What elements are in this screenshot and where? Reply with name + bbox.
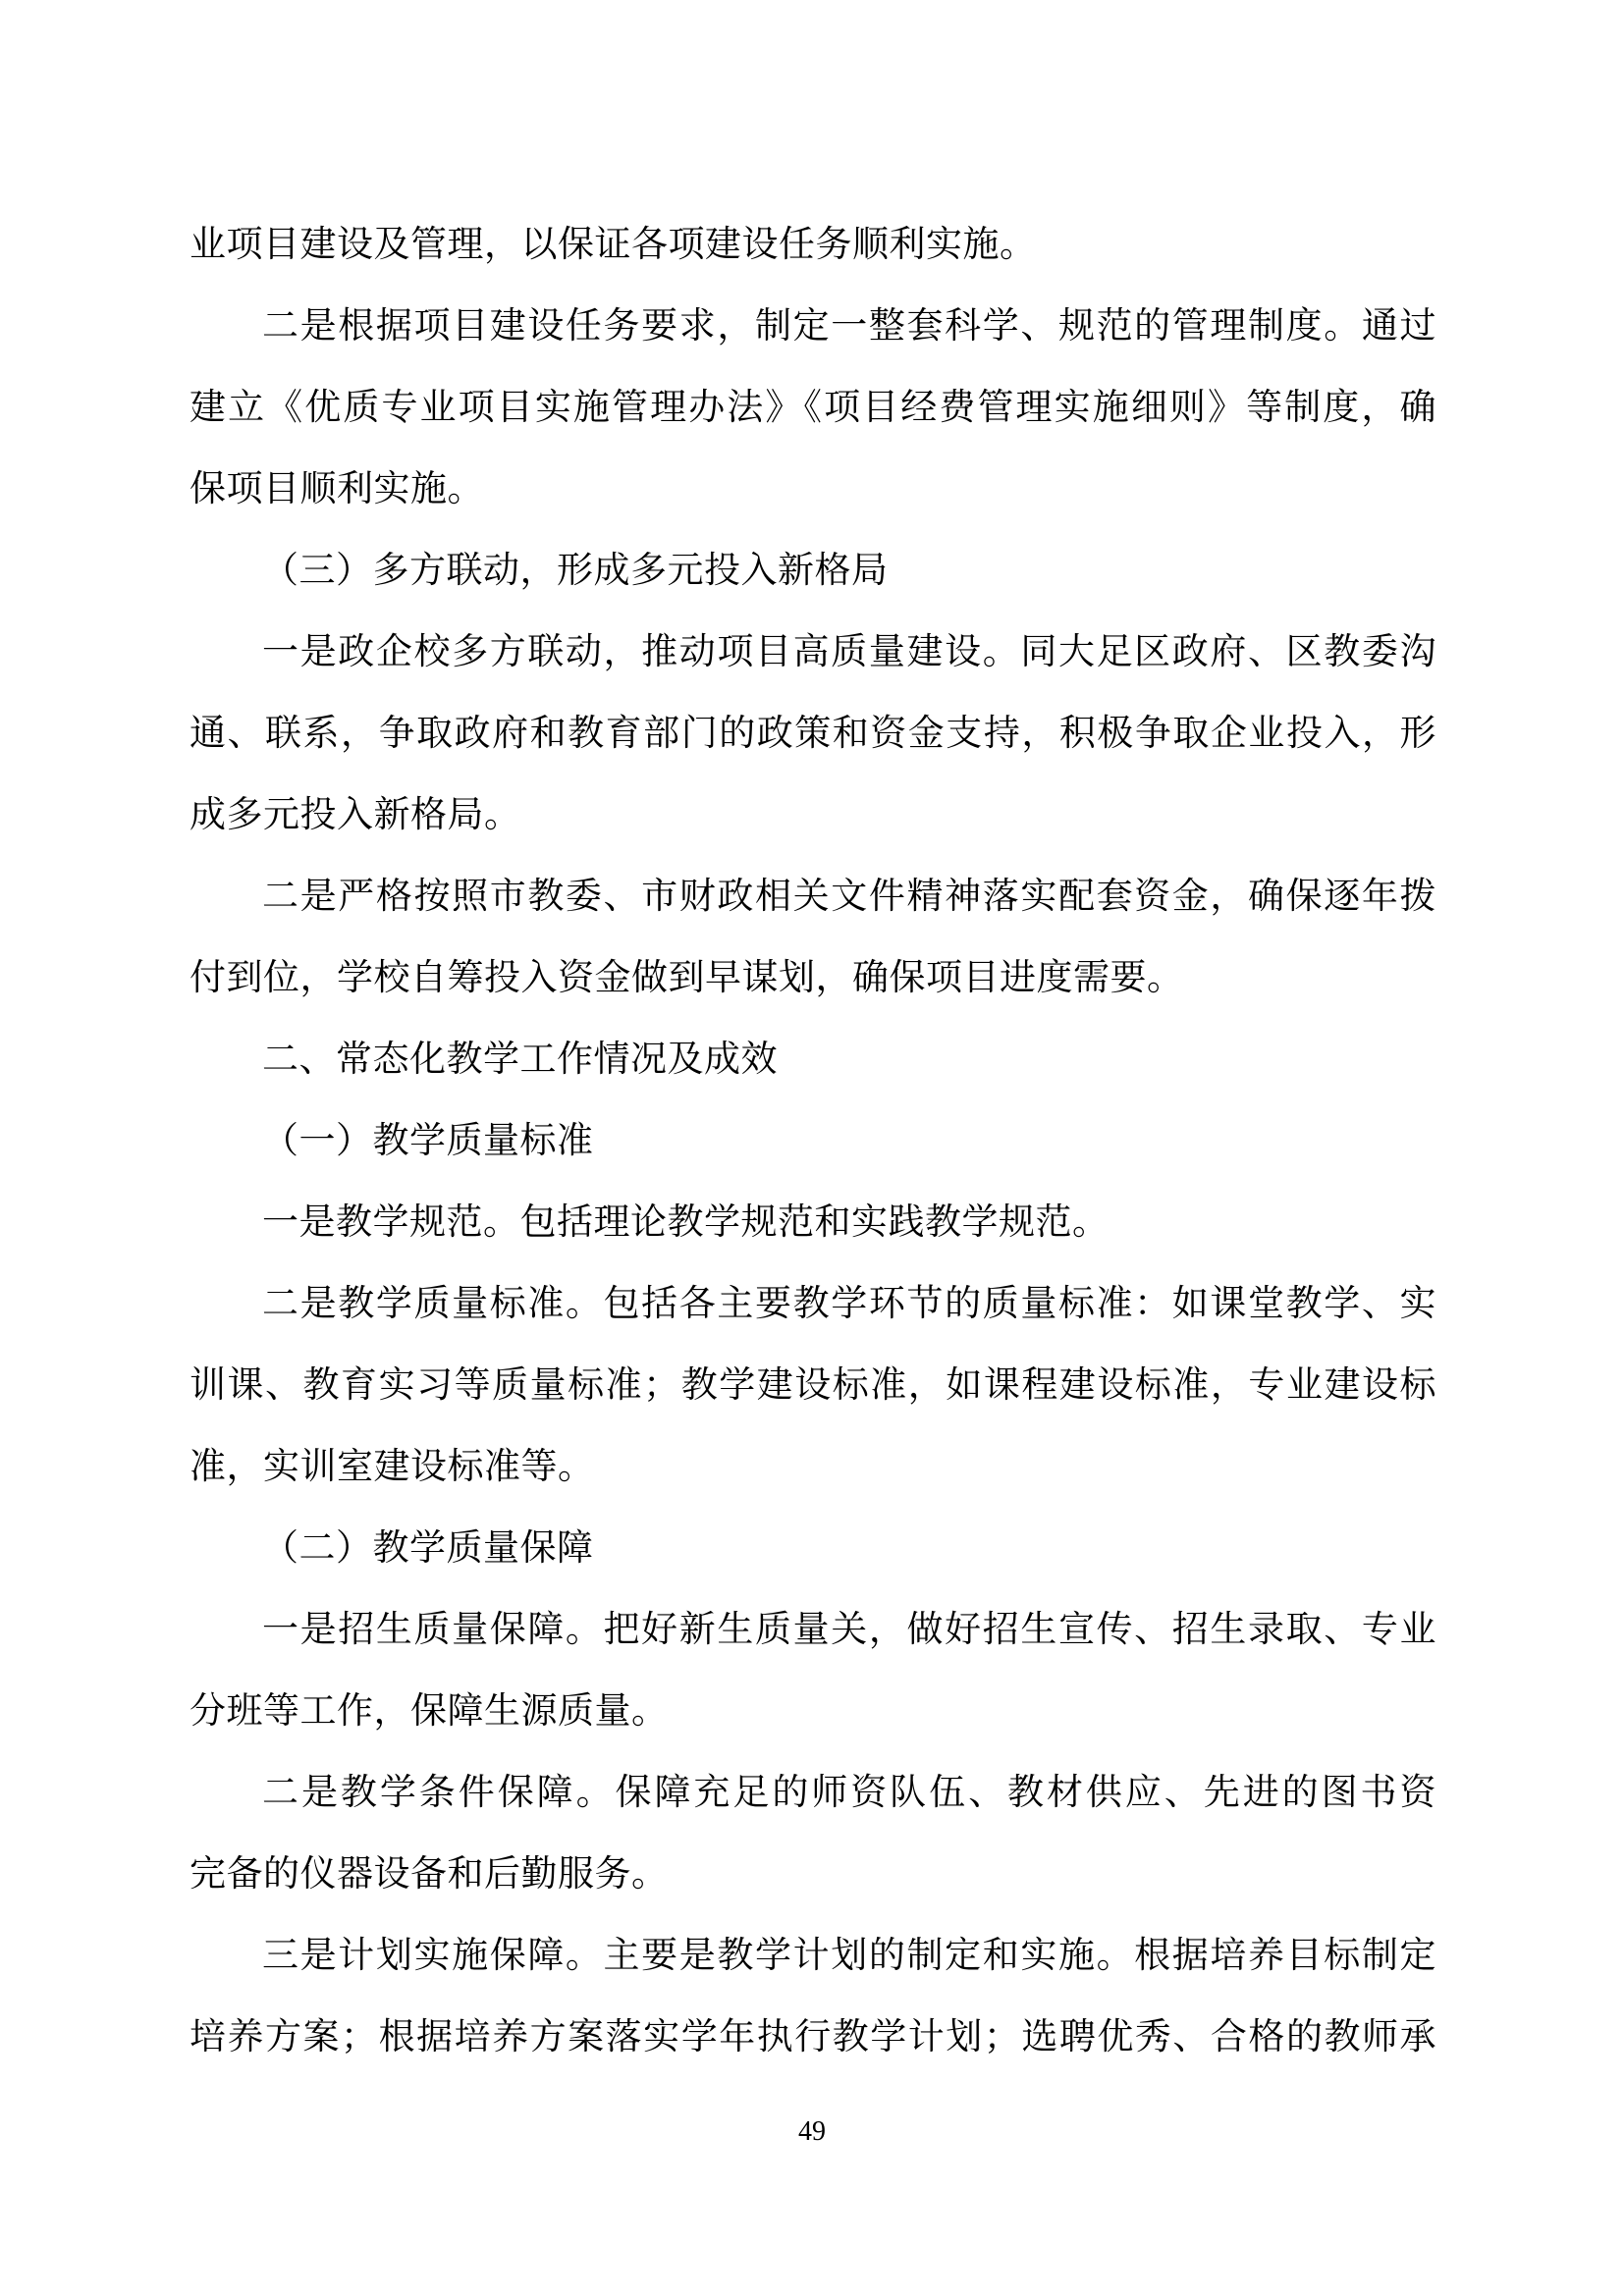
- page-number: 49: [0, 2116, 1624, 2148]
- subsection-heading: （三）多方联动，形成多元投入新格局: [189, 530, 1436, 612]
- paragraph: （一）教学质量标准: [189, 1100, 1436, 1182]
- text-line: 通、联系，争取政府和教育部门的政策和资金支持，积极争取企业投入，形: [189, 693, 1436, 774]
- text-line: 三是计划实施保障。主要是教学计划的制定和实施。根据培养目标制定: [189, 1915, 1436, 1997]
- text-line: 二是根据项目建设任务要求，制定一整套科学、规范的管理制度。通过: [189, 286, 1436, 367]
- text-line: 培养方案；根据培养方案落实学年执行教学计划；选聘优秀、合格的教师承: [189, 1997, 1436, 2078]
- paragraph: 二是严格按照市教委、市财政相关文件精神落实配套资金，确保逐年拨 付到位，学校自筹…: [189, 856, 1436, 1019]
- text-line: 业项目建设及管理，以保证各项建设任务顺利实施。: [189, 204, 1436, 286]
- paragraph: 二、常态化教学工作情况及成效: [189, 1019, 1436, 1100]
- text-line: 一是政企校多方联动，推动项目高质量建设。同大足区政府、区教委沟: [189, 612, 1436, 693]
- document-page: 业项目建设及管理，以保证各项建设任务顺利实施。 二是根据项目建设任务要求，制定一…: [0, 0, 1624, 2296]
- paragraph: 二是教学质量标准。包括各主要教学环节的质量标准：如课堂教学、实 训课、教育实习等…: [189, 1263, 1436, 1508]
- paragraph: 二是根据项目建设任务要求，制定一整套科学、规范的管理制度。通过 建立《优质专业项…: [189, 286, 1436, 530]
- text-line: 二是严格按照市教委、市财政相关文件精神落实配套资金，确保逐年拨: [189, 856, 1436, 937]
- paragraph: 二是教学条件保障。保障充足的师资队伍、教材供应、先进的图书资料、 完备的仪器设备…: [189, 1752, 1436, 1915]
- paragraph: 一是教学规范。包括理论教学规范和实践教学规范。: [189, 1182, 1436, 1263]
- paragraph: （二）教学质量保障: [189, 1508, 1436, 1589]
- paragraph: （三）多方联动，形成多元投入新格局: [189, 530, 1436, 612]
- section-heading: 二、常态化教学工作情况及成效: [189, 1019, 1436, 1100]
- text-line: 准，实训室建设标准等。: [189, 1426, 1436, 1508]
- text-line: 保项目顺利实施。: [189, 449, 1436, 530]
- paragraph: 三是计划实施保障。主要是教学计划的制定和实施。根据培养目标制定 培养方案；根据培…: [189, 1915, 1436, 2078]
- subsection-heading: （二）教学质量保障: [189, 1508, 1436, 1589]
- text-line: 建立《优质专业项目实施管理办法》《项目经费管理实施细则》等制度，确: [189, 367, 1436, 449]
- text-line: 付到位，学校自筹投入资金做到早谋划，确保项目进度需要。: [189, 937, 1436, 1019]
- text-line: 二是教学条件保障。保障充足的师资队伍、教材供应、先进的图书资料、: [189, 1752, 1436, 1834]
- text-line: 完备的仪器设备和后勤服务。: [189, 1834, 1436, 1915]
- text-line: 成多元投入新格局。: [189, 774, 1436, 856]
- paragraph: 一是政企校多方联动，推动项目高质量建设。同大足区政府、区教委沟 通、联系，争取政…: [189, 612, 1436, 856]
- text-line: 一是教学规范。包括理论教学规范和实践教学规范。: [189, 1182, 1436, 1263]
- text-line: 一是招生质量保障。把好新生质量关，做好招生宣传、招生录取、专业: [189, 1589, 1436, 1671]
- text-line: 二是教学质量标准。包括各主要教学环节的质量标准：如课堂教学、实: [189, 1263, 1436, 1345]
- paragraph: 一是招生质量保障。把好新生质量关，做好招生宣传、招生录取、专业 分班等工作，保障…: [189, 1589, 1436, 1752]
- subsection-heading: （一）教学质量标准: [189, 1100, 1436, 1182]
- text-line: 分班等工作，保障生源质量。: [189, 1671, 1436, 1752]
- text-line: 训课、教育实习等质量标准；教学建设标准，如课程建设标准，专业建设标: [189, 1345, 1436, 1426]
- document-body: 业项目建设及管理，以保证各项建设任务顺利实施。 二是根据项目建设任务要求，制定一…: [189, 204, 1436, 2078]
- paragraph: 业项目建设及管理，以保证各项建设任务顺利实施。: [189, 204, 1436, 286]
